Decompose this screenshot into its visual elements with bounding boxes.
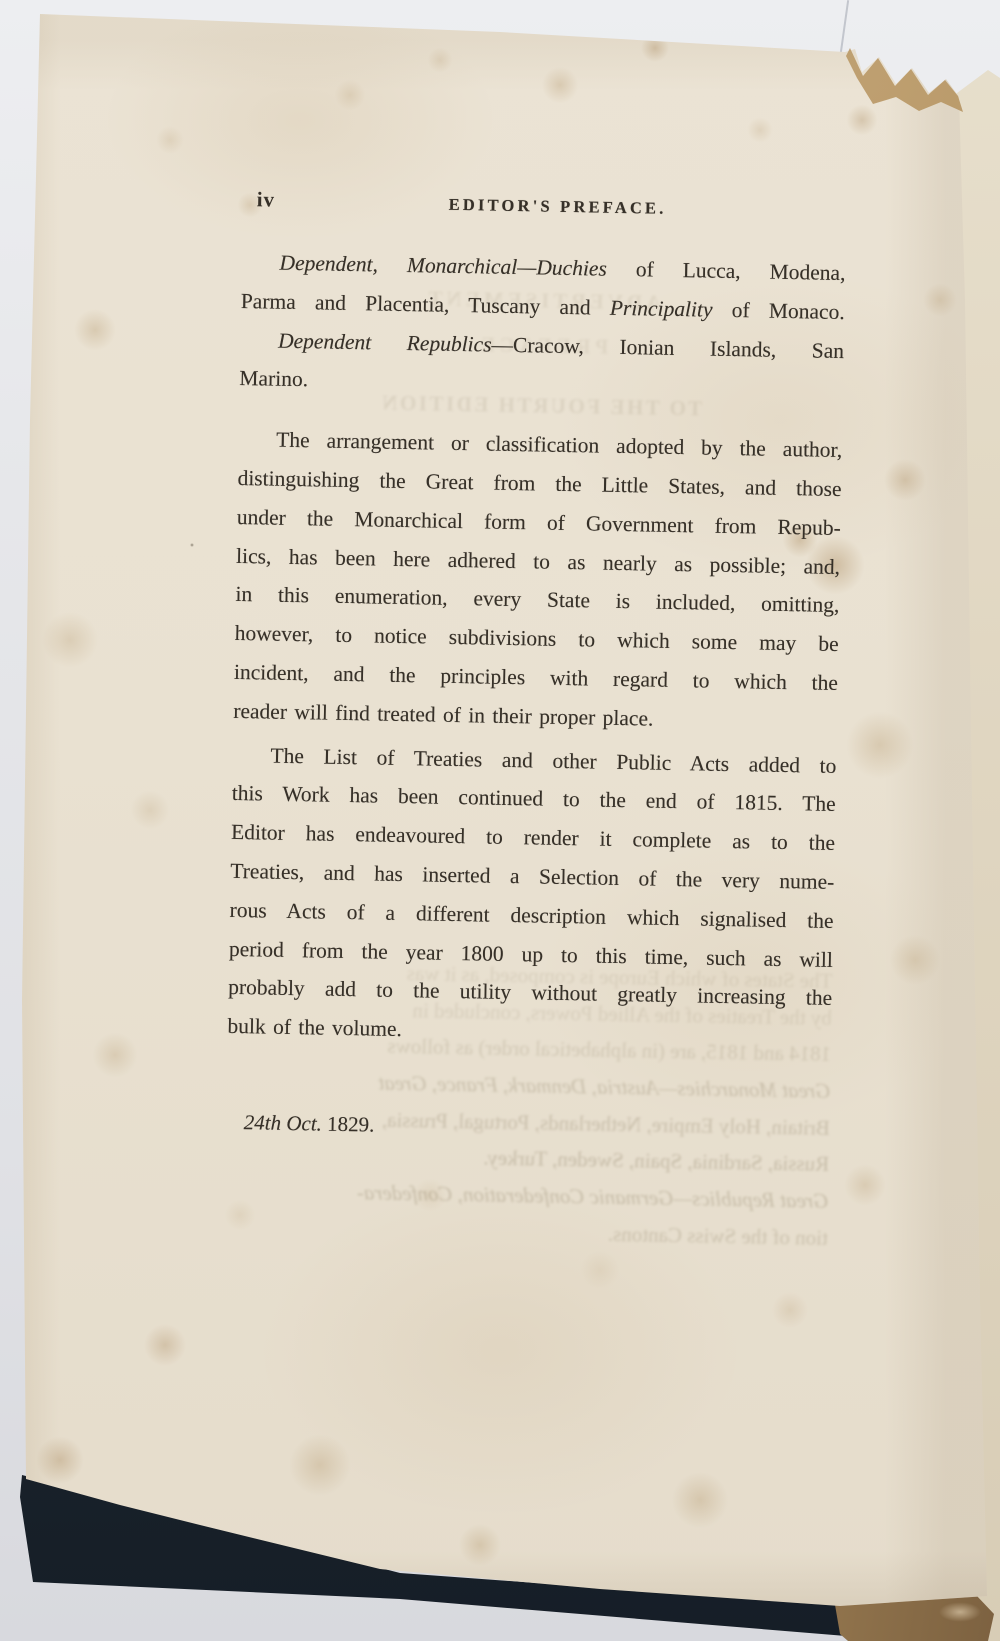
paragraph: Dependent, Monarchical—Duchies of Lucca,… <box>240 243 845 332</box>
paragraph: The List of Treaties and other Public Ac… <box>227 735 837 1056</box>
body-text: Dependent, Monarchical—Duchies of Lucca,… <box>227 243 846 1057</box>
backdrop-crease <box>839 0 849 60</box>
paragraph: The arrangement or classification adopte… <box>233 420 843 741</box>
photo-background: { "page": { "number": "iv", "header": "E… <box>0 0 1000 1641</box>
printed-text-block: iv EDITOR'S PREFACE. Dependent, Monarchi… <box>226 183 847 1146</box>
page-number: iv <box>256 187 275 212</box>
paragraph: Dependent Republics—Cracow, Ionian Islan… <box>239 321 844 410</box>
